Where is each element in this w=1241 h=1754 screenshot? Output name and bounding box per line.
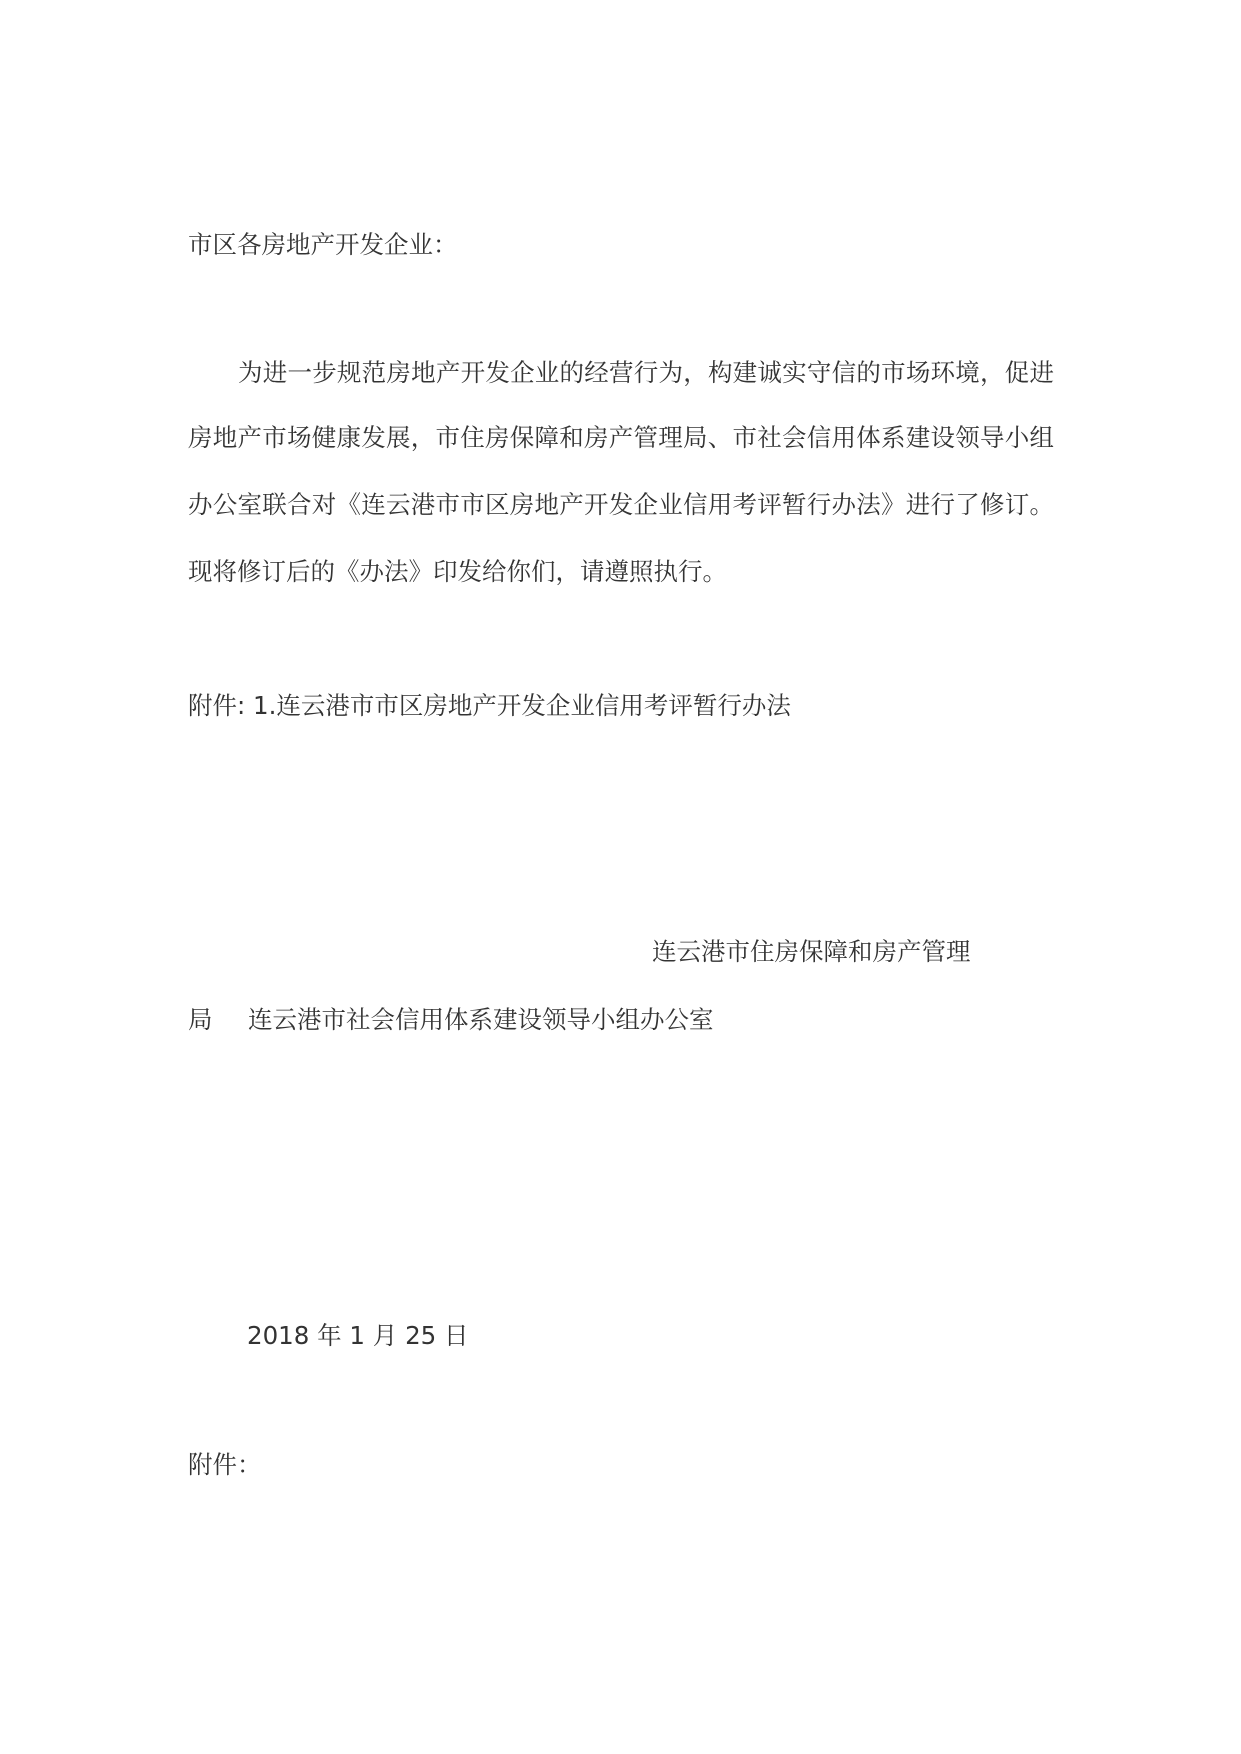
document-page: 市区各房地产开发企业： 为进一步规范房地产开发企业的经营行为，构建诚实守信的市场… [0,0,1241,1754]
attachment-reference: 附件: 1.连云港市市区房地产开发企业信用考评暂行办法 [188,690,791,722]
paragraph-line: 现将修订后的《办法》印发给你们，请遵照执行。 [188,556,727,588]
attachment-label: 附件： [188,1449,262,1481]
signature-line-2-org: 连云港市社会信用体系建设领导小组办公室 [248,1004,714,1036]
paragraph-line: 办公室联合对《连云港市市区房地产开发企业信用考评暂行办法》进行了修订。 [188,489,1054,521]
signature-line-1: 连云港市住房保障和房产管理 [652,936,971,968]
salutation: 市区各房地产开发企业： [188,229,458,261]
paragraph-line: 房地产市场健康发展，市住房保障和房产管理局、市社会信用体系建设领导小组 [188,422,1054,454]
signature-line-2-prefix: 局 [188,1004,213,1036]
document-date: 2018 年 1 月 25 日 [247,1320,469,1352]
paragraph-line: 为进一步规范房地产开发企业的经营行为，构建诚实守信的市场环境，促进 [238,357,1054,389]
